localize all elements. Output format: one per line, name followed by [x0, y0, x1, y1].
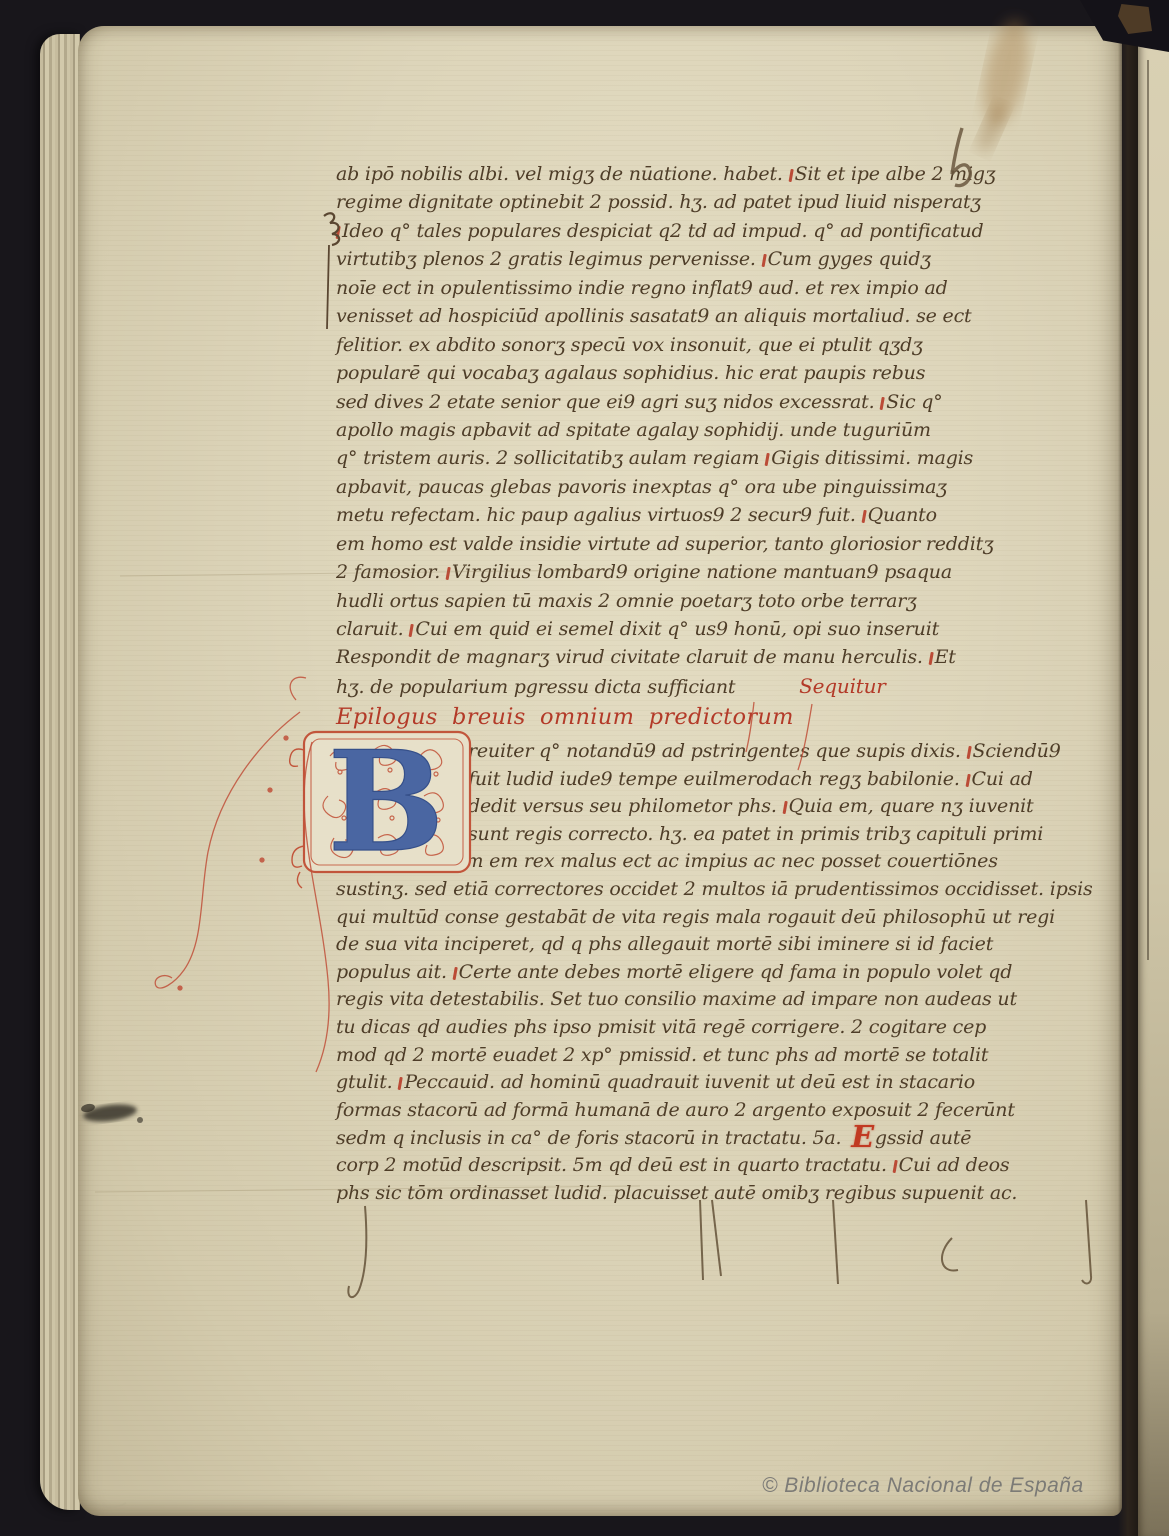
rubric-line: Epilogus breuis omnium predictorum	[336, 700, 1076, 735]
text-line: metu refectam. hic paup agalius virtuos9…	[336, 501, 1076, 529]
line-segment: fuit ludid iude9 tempe euilmerodach regʒ…	[468, 768, 966, 790]
red-touch-mark	[880, 396, 885, 409]
line-segment: Cui ad	[972, 768, 1033, 790]
manuscript-photo: ab ipō nobilis albi. vel migʒ de nūation…	[0, 0, 1169, 1536]
text-line: ab ipō nobilis albi. vel migʒ de nūation…	[336, 160, 1076, 188]
red-touch-mark	[433, 856, 438, 869]
text-block-main: ab ipō nobilis albi. vel migʒ de nūation…	[336, 160, 1076, 735]
line-segment: apbavit, paucas glebas pavoris inexptas …	[336, 476, 947, 498]
line-segment: 2 famosior.	[336, 561, 446, 583]
text-line: tractatus. Cum em rex malus ect ac impiu…	[336, 848, 1081, 876]
text-line: claruit. Cui em quid ei semel dixit q° u…	[336, 615, 1076, 643]
line-segment: Cum gyges quidʒ	[768, 248, 931, 270]
text-line: regime dignitate optinebit 2 possid. hʒ.…	[336, 188, 1076, 216]
line-segment: Virgilius lombard9 origine natione mantu…	[452, 561, 952, 583]
text-line: sunt regis correcto. hʒ. ea patet in pri…	[336, 821, 1081, 849]
line-segment: reuiter q° notandū9 ad pstringentes que …	[468, 740, 967, 762]
line-segment: Sic q°	[886, 391, 942, 413]
line-segment: gssid autē	[875, 1127, 971, 1149]
text-line: tu dicas qd audies phs ipso pmisit vitā …	[336, 1014, 1081, 1042]
line-segment: Cum em rex malus ect ac impius ac nec po…	[439, 850, 998, 872]
text-line: venisset ad hospiciūd apollinis sasatat9…	[336, 302, 1076, 330]
text-line: regis vita detestabilis. Set tuo consili…	[336, 986, 1081, 1014]
line-segment: de sua vita inciperet, qd q phs allegaui…	[336, 933, 993, 955]
text-line: sedm q inclusis in ca° de foris stacorū …	[336, 1124, 1081, 1152]
red-touch-mark	[398, 1077, 403, 1090]
text-line: Ideo q° tales populares despiciat q2 td …	[336, 217, 1076, 245]
text-line: Respondit de magnarʒ virud civitate clar…	[336, 643, 1076, 671]
line-segment: hʒ. de popularium pgressu dicta sufficia…	[336, 676, 741, 698]
text-block-epilogue: reuiter q° notandū9 ad pstringentes que …	[336, 738, 1081, 1207]
text-line: felitior. ex abdito sonorʒ specū vox ins…	[336, 331, 1076, 359]
text-line: q° tristem auris. 2 sollicitatibʒ aulam …	[336, 444, 1076, 472]
line-segment: populus ait.	[336, 961, 453, 983]
text-line: virtutibʒ plenos 2 gratis legimus perven…	[336, 245, 1076, 273]
line-segment: Cui em quid ei semel dixit q° us9 honū, …	[415, 618, 939, 640]
text-line: reuiter q° notandū9 ad pstringentes que …	[336, 738, 1081, 766]
line-segment: dedit versus seu philometor phs.	[468, 795, 783, 817]
text-line: 2 famosior. Virgilius lombard9 origine n…	[336, 558, 1076, 586]
line-segment: sunt regis correcto. hʒ. ea patet in pri…	[468, 823, 1043, 845]
line-segment: phs sic tōm ordinasset ludid. placuisset…	[336, 1182, 1017, 1204]
line-segment: noīe ect in opulentissimo indie regno in…	[336, 277, 948, 299]
text-line: gtulit. Peccauid. ad hominū quadrauit iu…	[336, 1069, 1081, 1097]
line-segment: virtutibʒ plenos 2 gratis legimus perven…	[336, 248, 762, 270]
text-line: corp 2 motūd descripsit. 5m qd deū est i…	[336, 1152, 1081, 1180]
line-segment: tractatus.	[336, 850, 433, 872]
line-segment: sedm q inclusis in ca° de foris stacorū …	[336, 1127, 847, 1149]
page-stack-left-edge	[40, 34, 80, 1510]
text-line: phs sic tōm ordinasset ludid. placuisset…	[336, 1180, 1081, 1208]
line-segment: hudli ortus sapien tū maxis 2 omnie poet…	[336, 590, 917, 612]
line-segment: formas stacorū ad formā humanā de auro 2…	[336, 1099, 1015, 1121]
line-segment: q° tristem auris. 2 sollicitatibʒ aulam …	[336, 447, 765, 469]
red-lombard-capital: E	[851, 1120, 874, 1155]
red-touch-mark	[409, 624, 414, 637]
line-segment: felitior. ex abdito sonorʒ specū vox ins…	[336, 334, 923, 356]
text-line: popularē qui vocabaʒ agalaus sophidius. …	[336, 359, 1076, 387]
text-line: fuit ludid iude9 tempe euilmerodach regʒ…	[336, 766, 1081, 794]
line-segment: popularē qui vocabaʒ agalaus sophidius. …	[336, 362, 925, 384]
text-line: mod qd 2 mortē euadet 2 xp° pmissid. et …	[336, 1042, 1081, 1070]
line-segment: Sit et ipe albe 2 migʒ	[795, 163, 996, 185]
line-segment: Gigis ditissimi. magis	[771, 447, 973, 469]
line-segment: gtulit.	[336, 1071, 398, 1093]
text-line: formas stacorū ad formā humanā de auro 2…	[336, 1097, 1081, 1125]
line-segment: em homo est valde insidie virtute ad sup…	[336, 533, 994, 555]
line-segment: sustinʒ. sed etiā correctores occidet 2 …	[336, 878, 1093, 900]
adjacent-page-edge	[1138, 40, 1169, 1536]
line-segment: Ideo q° tales populares despiciat q2 td …	[342, 220, 984, 242]
watermark-credit: © Biblioteca Nacional de España	[762, 1473, 1084, 1499]
text-line: noīe ect in opulentissimo indie regno in…	[336, 274, 1076, 302]
line-segment: regis vita detestabilis. Set tuo consili…	[336, 988, 1017, 1010]
line-segment: claruit.	[336, 618, 409, 640]
line-segment: metu refectam. hic paup agalius virtuos9…	[336, 504, 862, 526]
text-line: apollo magis apbavit ad spitate agalay s…	[336, 416, 1076, 444]
line-segment: regime dignitate optinebit 2 possid. hʒ.…	[336, 191, 981, 213]
text-line: qui multūd conse gestabāt de vita regis …	[336, 904, 1081, 932]
line-segment: sed dives 2 etate senior que ei9 agri su…	[336, 391, 880, 413]
text-line: dedit versus seu philometor phs. Quia em…	[336, 793, 1081, 821]
red-touch-mark	[765, 453, 770, 466]
line-segment: Certe ante debes mortē eligere qd fama i…	[459, 961, 1013, 983]
gutter-shadow	[1118, 0, 1140, 1536]
text-line: de sua vita inciperet, qd q phs allegaui…	[336, 931, 1081, 959]
text-line: apbavit, paucas glebas pavoris inexptas …	[336, 473, 1076, 501]
line-segment: apollo magis apbavit ad spitate agalay s…	[336, 419, 931, 441]
line-segment: qui multūd conse gestabāt de vita regis …	[336, 906, 1055, 928]
text-line: hʒ. de popularium pgressu dicta sufficia…	[336, 672, 1076, 700]
red-touch-mark	[445, 567, 450, 580]
catchword-sequitur: Sequitur	[799, 674, 886, 698]
line-segment: Respondit de magnarʒ virud civitate clar…	[336, 646, 929, 668]
text-line: hudli ortus sapien tū maxis 2 omnie poet…	[336, 587, 1076, 615]
text-line: em homo est valde insidie virtute ad sup…	[336, 530, 1076, 558]
text-line: sed dives 2 etate senior que ei9 agri su…	[336, 388, 1076, 416]
line-segment: Quanto	[868, 504, 937, 526]
line-segment: tu dicas qd audies phs ipso pmisit vitā …	[336, 1016, 986, 1038]
adjacent-page-crack	[1147, 60, 1149, 960]
text-line: populus ait. Certe ante debes mortē elig…	[336, 959, 1081, 987]
text-line: sustinʒ. sed etiā correctores occidet 2 …	[336, 876, 1081, 904]
line-segment: Cui ad deos	[899, 1154, 1010, 1176]
line-segment: Sciendū9	[973, 740, 1061, 762]
line-segment: Et	[935, 646, 956, 668]
line-segment: ab ipō nobilis albi. vel migʒ de nūation…	[336, 163, 789, 185]
line-segment: mod qd 2 mortē euadet 2 xp° pmissid. et …	[336, 1044, 988, 1066]
line-segment: Quia em, quare nʒ iuvenit	[789, 795, 1034, 817]
line-segment: corp 2 motūd descripsit. 5m qd deū est i…	[336, 1154, 893, 1176]
line-segment: venisset ad hospiciūd apollinis sasatat9…	[336, 305, 971, 327]
red-touch-mark	[336, 226, 341, 239]
line-segment: Peccauid. ad hominū quadrauit iuvenit ut…	[404, 1071, 975, 1093]
